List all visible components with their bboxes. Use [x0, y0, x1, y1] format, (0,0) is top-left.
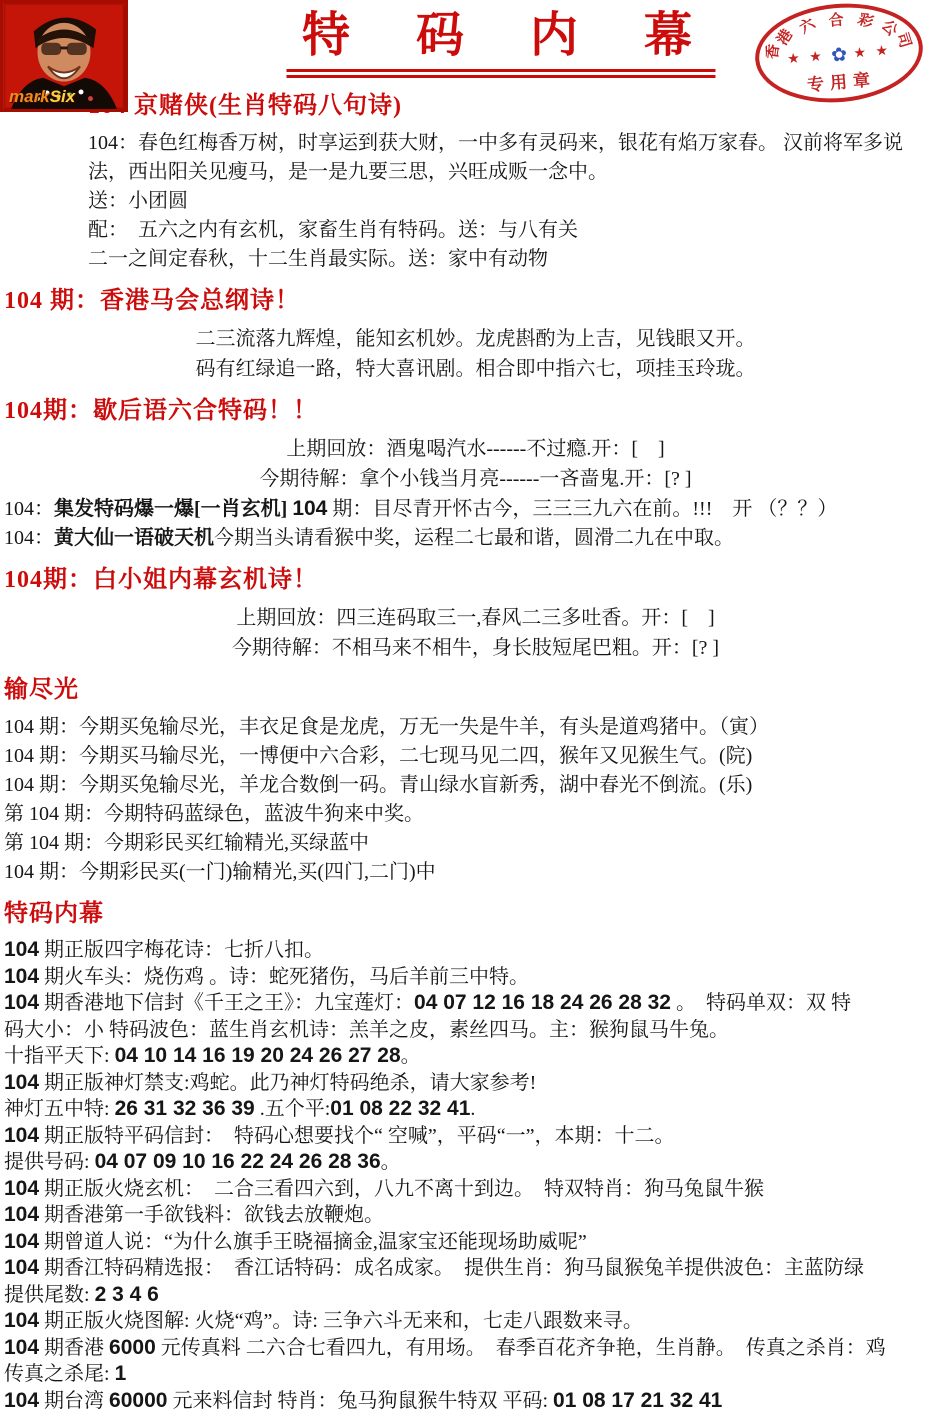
text-segment: 104：春色红梅香万树，时享运到获大财，一中多有灵码来，银花有焰万家春。 汉前将…: [88, 132, 903, 154]
company-seal: 香港六合彩公司 ★ ★ ✿ ★ ★ 专用章: [751, 0, 927, 109]
text-segment: 104：: [4, 498, 54, 520]
text-segment: 第 104 期：今期彩民买红输精光,买绿蓝中: [4, 832, 369, 854]
text-segment: 2 3 4 6: [95, 1283, 159, 1306]
text-line: 传真之杀尾: 1: [4, 1361, 947, 1388]
text-line: 104 期火车头：烧伤鸡 。诗：蛇死猪伤，马后羊前三中特。: [4, 964, 947, 991]
section-heading: 104期：白小姐内幕玄机诗！: [4, 566, 947, 595]
text-segment: 传真之杀尾:: [4, 1363, 115, 1385]
text-segment: 104: [4, 938, 39, 961]
star-icons-left: ★ ★: [787, 49, 826, 67]
text-segment: 104 期：今期买兔输尽光，丰衣足食是龙虎，万无一失是牛羊，有头是道鸡猪中。（寅…: [4, 716, 769, 738]
text-segment: 104: [4, 1389, 39, 1412]
text-segment: 期曾道人说：“为什么旗手王晓福摘金,温家宝还能现场助威呢”: [39, 1231, 587, 1253]
text-segment: 元传真料 二六合七看四九，有用场。 春季百花齐争艳，生肖静。 传真之杀肖：鸡: [156, 1337, 886, 1359]
star-icons-right: ★ ★: [853, 43, 892, 61]
text-line: 今期待解：拿个小钱当月亮------一吝啬鬼.开：[? ]: [4, 464, 947, 494]
text-line: 码大小：小 特码波色：蓝生肖玄机诗：羔羊之皮，素丝四马。主：猴狗鼠马牛兔。: [4, 1017, 947, 1044]
seal-flower-icon: ✿: [830, 44, 848, 66]
text-segment: 配： 五六之内有玄机，家畜生肖有特码。送：与八有关: [88, 219, 578, 241]
text-segment: 提供尾数:: [4, 1284, 95, 1306]
text-segment: 104: [4, 1203, 39, 1226]
text-segment: 104: [4, 1309, 39, 1332]
text-segment: 104: [4, 965, 39, 988]
text-segment: 提供号码:: [4, 1151, 95, 1173]
text-line: 上期回放：酒鬼喝汽水------不过瘾.开：[ ]: [4, 434, 947, 464]
text-segment: 期正版神灯禁支:鸡蛇。此乃神灯特码绝杀，请大家参考!: [39, 1072, 536, 1094]
text-segment: 第 104 期：今期特码蓝绿色，蓝波牛狗来中奖。: [4, 803, 424, 825]
text-segment: .: [470, 1098, 475, 1120]
text-segment: 。 特码单双：双 特: [671, 992, 851, 1014]
text-line: 上期回放：四三连码取三一,春风二三多吐香。开：[ ]: [4, 603, 947, 633]
text-segment: .五个平:: [255, 1098, 331, 1120]
text-segment: 01 08 22 32 41: [330, 1097, 470, 1120]
text-segment: 今期当头请看猴中奖，运程二七最和谐，圆滑二九在中取。: [214, 527, 734, 549]
text-line: 神灯五中特: 26 31 32 36 39 .五个平:01 08 22 32 4…: [4, 1096, 947, 1123]
text-segment: 期正版火烧玄机： 二合三看四六到，八九不离十到边。 特双特肖：狗马兔鼠牛猴: [39, 1178, 764, 1200]
text-line: 104 期台湾 60000 元来料信封 特肖：兔马狗鼠猴牛特双 平码: 01 0…: [4, 1388, 947, 1415]
text-segment: 送：小团圆: [88, 190, 188, 212]
text-line: 104 期正版特平码信封： 特码心想要找个“ 空喊”，平码“一”，本期：十二。: [4, 1123, 947, 1150]
text-line: 配： 五六之内有玄机，家畜生肖有特码。送：与八有关: [88, 216, 947, 245]
text-segment: 04 10 14 16 19 20 24 26 27 28: [115, 1044, 401, 1067]
text-segment: 期香港: [39, 1337, 109, 1359]
text-segment: 期：目尽青开怀古今，三三三九六在前。!!! 开 （？？）: [327, 498, 837, 520]
text-line: 十指平天下: 04 10 14 16 19 20 24 26 27 28。: [4, 1043, 947, 1070]
text-line: 提供号码: 04 07 09 10 16 22 24 26 28 36。: [4, 1149, 947, 1176]
text-segment: 二一之间定春秋，十二生肖最实际。送：家中有动物: [88, 248, 548, 270]
text-line: 104 期：今期买马输尽光，一博便中六合彩，二七现马见二四，猴年又见猴生气。(院…: [4, 742, 947, 771]
seal-arc-char: 六: [796, 15, 819, 39]
text-segment: 上期回放：酒鬼喝汽水------不过瘾.开：[ ]: [286, 438, 664, 460]
text-segment: 104: [292, 497, 327, 520]
text-segment: 。: [381, 1151, 401, 1173]
text-line: 104：黄大仙一语破天机今期当头请看猴中奖，运程二七最和谐，圆滑二九在中取。: [4, 524, 947, 553]
text-segment: 104: [4, 1336, 39, 1359]
seal-arc-char: 彩: [855, 10, 876, 33]
page-title: 特 码 内 幕: [286, 4, 715, 78]
text-segment: 期香港第一手欲钱料：欲钱去放鞭炮。: [39, 1204, 384, 1226]
text-line: 104：集发特码爆一爆[一肖玄机] 104 期：目尽青开怀古今，三三三九六在前。…: [4, 494, 947, 524]
text-segment: 期火车头：烧伤鸡 。诗：蛇死猪伤，马后羊前三中特。: [39, 966, 529, 988]
text-segment: 104: [4, 1230, 39, 1253]
text-segment: 期香港地下信封《千王之王》：九宝莲灯：: [39, 992, 414, 1014]
text-line: 码有红绿追一路，特大喜讯剧。相合即中指六七，项挂玉玲珑。: [4, 354, 947, 384]
text-line: 104 期香港第一手欲钱料：欲钱去放鞭炮。: [4, 1202, 947, 1229]
text-line: 今期待解：不相马来不相牛，身长肢短尾巴粗。开：[? ]: [4, 633, 947, 663]
text-segment: 期香江特码精选报： 香江话特码：成名成家。 提供生肖：狗马鼠猴兔羊提供波色：主蓝…: [39, 1257, 864, 1279]
text-segment: 元来料信封 特肖：兔马狗鼠猴牛特双 平码:: [167, 1390, 553, 1412]
text-segment: 黄大仙一语破天机: [54, 527, 214, 549]
text-segment: 码大小：小 特码波色：蓝生肖玄机诗：羔羊之皮，素丝四马。主：猴狗鼠马牛兔。: [4, 1019, 729, 1041]
text-segment: 104: [4, 1177, 39, 1200]
page-header: markSix 特 码 内 幕 香港六合彩公司 ★ ★ ✿ ★ ★ 专用章: [0, 0, 949, 94]
text-line: 104 期：今期彩民买(一门)输精光,买(四门,二门)中: [4, 858, 947, 887]
text-segment: 集发特码爆一爆[一肖玄机]: [54, 498, 292, 520]
text-line: 第 104 期：今期特码蓝绿色，蓝波牛狗来中奖。: [4, 800, 947, 829]
text-segment: 1: [115, 1362, 127, 1385]
text-segment: 104：: [4, 527, 54, 549]
text-segment: 104: [4, 1071, 39, 1094]
content: 104 京赌侠(生肖特码八句诗)104：春色红梅香万树，时享运到获大财，一中多有…: [0, 92, 949, 1420]
text-line: 104 期正版四字梅花诗：七折八扣。: [4, 937, 947, 964]
text-line: 第 104 期：今期彩民买红输精光,买绿蓝中: [4, 829, 947, 858]
text-line: 104 期正版火烧图解: 火烧“鸡”。诗: 三争六斗无来和，七走八跟数来寻。: [4, 1308, 947, 1335]
text-line: 104 期曾道人说：“为什么旗手王晓福摘金,温家宝还能现场助威呢”: [4, 1229, 947, 1256]
text-segment: 神灯五中特:: [4, 1098, 115, 1120]
text-segment: 104: [4, 1256, 39, 1279]
text-line: 104 期：今期买兔输尽光，羊龙合数倒一码。青山绿水盲新秀，湖中春光不倒流。(乐…: [4, 771, 947, 800]
text-segment: 104 期：今期买兔输尽光，羊龙合数倒一码。青山绿水盲新秀，湖中春光不倒流。(乐…: [4, 774, 752, 796]
text-segment: 期台湾: [39, 1390, 109, 1412]
text-segment: 二三流落九辉煌，能知玄机妙。龙虎斟酌为上吉，见钱眼又开。: [196, 328, 756, 350]
text-segment: 上期回放：四三连码取三一,春风二三多吐香。开：[ ]: [236, 607, 714, 629]
text-line: 104：春色红梅香万树，时享运到获大财，一中多有灵码来，银花有焰万家春。 汉前将…: [88, 129, 947, 158]
text-segment: 法，西出阳关见瘦马，是一是九要三思，兴旺成贩一念中。: [88, 161, 608, 183]
text-segment: 6000: [109, 1336, 156, 1359]
mark-six-photo: markSix: [0, 0, 128, 112]
text-segment: 104 期：今期买马输尽光，一博便中六合彩，二七现马见二四，猴年又见猴生气。(院…: [4, 745, 752, 767]
section-heading: 输尽光: [4, 676, 947, 705]
text-segment: 码有红绿追一路，特大喜讯剧。相合即中指六七，项挂玉玲珑。: [196, 358, 756, 380]
text-line: 提供尾数: 2 3 4 6: [4, 1282, 947, 1309]
text-line: 104 期：今期买兔输尽光，丰衣足食是龙虎，万无一失是牛羊，有头是道鸡猪中。（寅…: [4, 713, 947, 742]
text-line: 二一之间定春秋，十二生肖最实际。送：家中有动物: [88, 245, 947, 274]
text-segment: 十指平天下:: [4, 1045, 115, 1067]
text-segment: 60000: [109, 1389, 167, 1412]
mark-six-logo: markSix: [9, 87, 75, 107]
text-segment: 期正版火烧图解: 火烧“鸡”。诗: 三争六斗无来和，七走八跟数来寻。: [39, 1310, 643, 1332]
text-segment: 04 07 12 16 18 24 26 28 32: [414, 991, 671, 1014]
seal-arc-char: 合: [827, 11, 845, 30]
text-line: 104 期香江特码精选报： 香江话特码：成名成家。 提供生肖：狗马鼠猴兔羊提供波…: [4, 1255, 947, 1282]
text-segment: 期正版四字梅花诗：七折八扣。: [39, 939, 324, 961]
text-segment: 104 期：今期彩民买(一门)输精光,买(四门,二门)中: [4, 861, 436, 883]
text-segment: 104: [4, 1124, 39, 1147]
text-line: 法，西出阳关见瘦马，是一是九要三思，兴旺成贩一念中。: [88, 158, 947, 187]
text-line: 104 期香港地下信封《千王之王》：九宝莲灯：04 07 12 16 18 24…: [4, 990, 947, 1017]
text-line: 104 期正版神灯禁支:鸡蛇。此乃神灯特码绝杀，请大家参考!: [4, 1070, 947, 1097]
text-segment: 今期待解：不相马来不相牛，身长肢短尾巴粗。开：[? ]: [232, 637, 719, 659]
text-line: 104 期香港 6000 元传真料 二六合七看四九，有用场。 春季百花齐争艳，生…: [4, 1335, 947, 1362]
text-line: 104 期正版火烧玄机： 二合三看四六到，八九不离十到边。 特双特肖：狗马兔鼠牛…: [4, 1176, 947, 1203]
section-heading: 特码内幕: [4, 900, 947, 929]
text-line: 二三流落九辉煌，能知玄机妙。龙虎斟酌为上吉，见钱眼又开。: [4, 324, 947, 354]
text-segment: 。: [401, 1045, 421, 1067]
brand-mark-text: mark: [9, 87, 50, 106]
brand-six-text: Six: [50, 87, 76, 106]
text-segment: 26 31 32 36 39: [115, 1097, 255, 1120]
text-segment: 01 08 17 21 32 41: [553, 1389, 722, 1412]
seal-arc-text: 香港六合彩公司: [755, 1, 914, 15]
text-segment: 104: [4, 991, 39, 1014]
text-segment: 04 07 09 10 16 22 24 26 28 36: [95, 1150, 381, 1173]
text-segment: 今期待解：拿个小钱当月亮------一吝啬鬼.开：[? ]: [259, 468, 691, 490]
section-heading: 104 期：香港马会总纲诗！: [4, 287, 947, 316]
text-line: 送：小团圆: [88, 187, 947, 216]
text-segment: 期正版特平码信封： 特码心想要找个“ 空喊”，平码“一”，本期：十二。: [39, 1125, 675, 1147]
section-heading: 104期：歇后语六合特码！！: [4, 397, 947, 426]
